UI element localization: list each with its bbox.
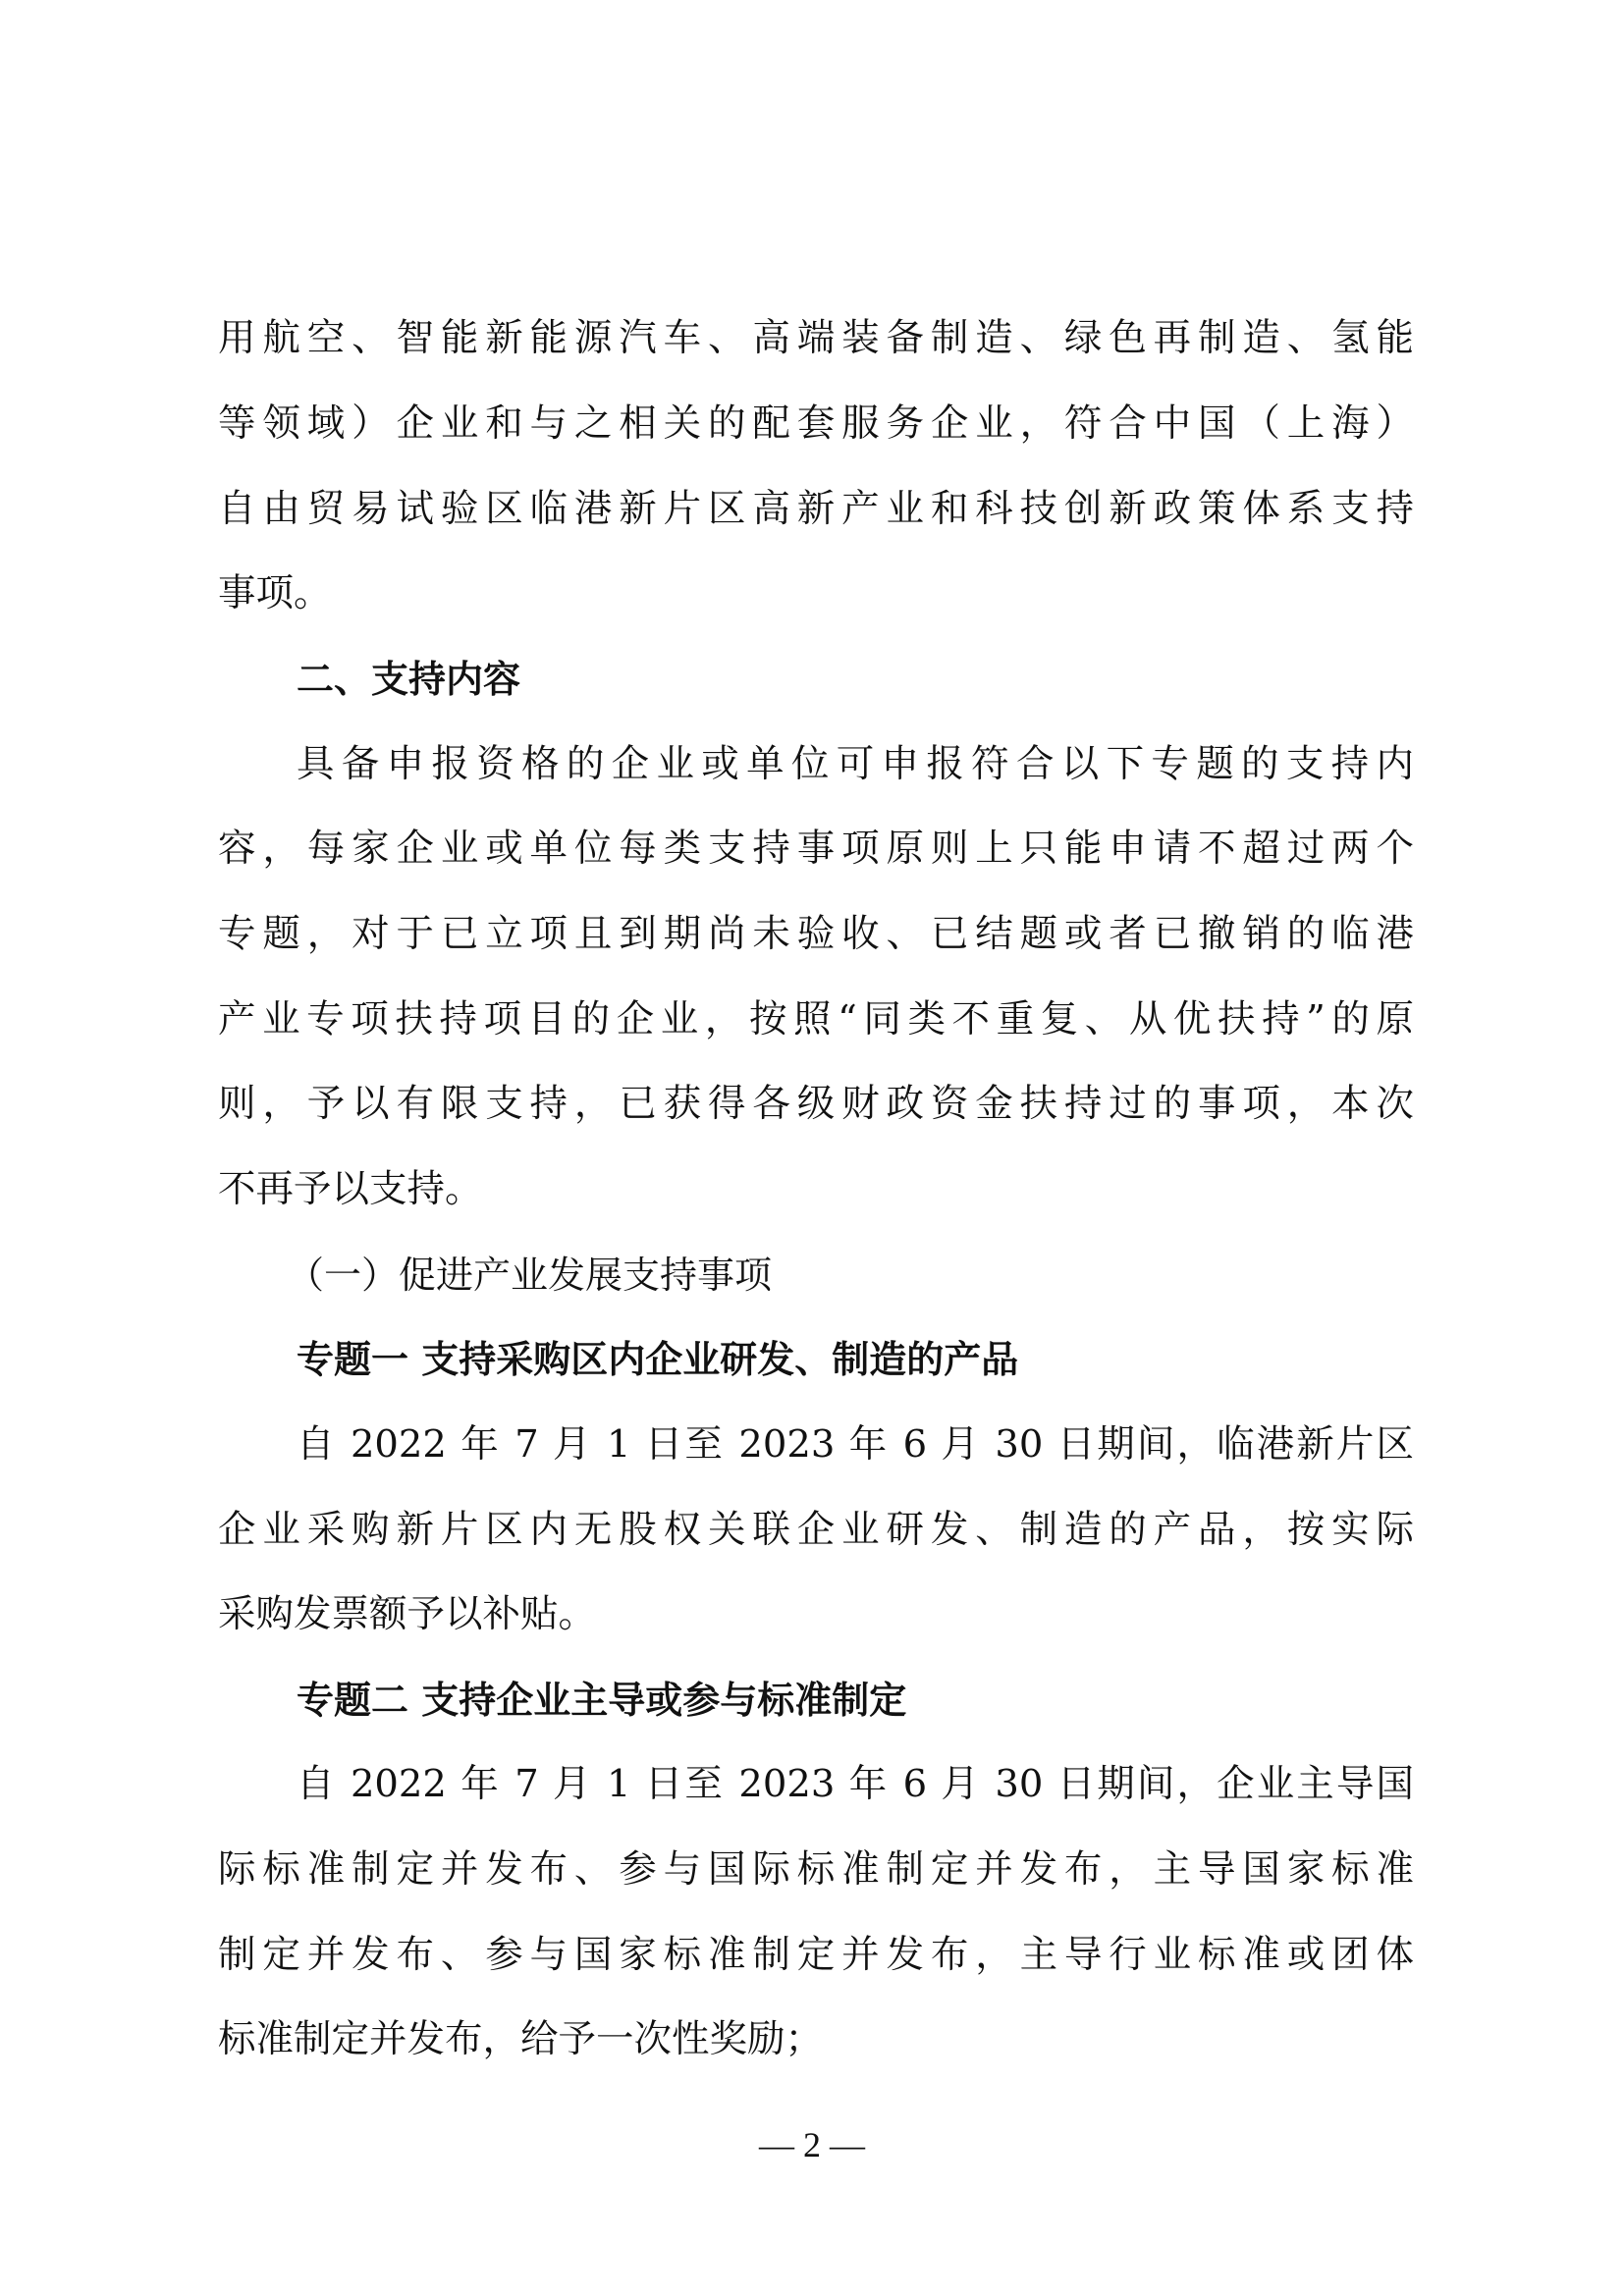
body-text-line: 等领域）企业和与之相关的配套服务企业，符合中国（上海）: [218, 395, 1414, 454]
document-page: 用航空、智能新能源汽车、高端装备制造、绿色再制造、氢能 等领域）企业和与之相关的…: [0, 0, 1624, 2296]
page-number: — 2 —: [0, 2120, 1624, 2169]
body-text-line: 标准制定并发布，给予一次性奖励；: [218, 2010, 1414, 2069]
section-heading: 二、支持内容: [297, 650, 520, 709]
body-text-line: 制定并发布、参与国家标准制定并发布，主导行业标准或团体: [218, 1926, 1414, 1985]
body-text-line: 自 2022 年 7 月 1 日至 2023 年 6 月 30 日期间，临港新片…: [297, 1415, 1414, 1474]
body-text-line: 用航空、智能新能源汽车、高端装备制造、绿色再制造、氢能: [218, 309, 1414, 368]
body-text-line: 具备申报资格的企业或单位可申报符合以下专题的支持内: [297, 735, 1414, 794]
topic-heading: 专题二 支持企业主导或参与标准制定: [297, 1671, 906, 1730]
body-text-line: 容，每家企业或单位每类支持事项原则上只能申请不超过两个: [218, 820, 1414, 879]
body-text-line: 不再予以支持。: [218, 1160, 1414, 1219]
subsection-heading: （一）促进产业发展支持事项: [287, 1246, 772, 1305]
body-text-line: 事项。: [218, 564, 1414, 623]
body-text-line: 自 2022 年 7 月 1 日至 2023 年 6 月 30 日期间，企业主导…: [297, 1755, 1414, 1814]
topic-heading: 专题一 支持采购区内企业研发、制造的产品: [297, 1330, 1018, 1389]
body-text-line: 产业专项扶持项目的企业，按照“同类不重复、从优扶持”的原: [218, 990, 1414, 1049]
body-text-line: 专题，对于已立项且到期尚未验收、已结题或者已撤销的临港: [218, 905, 1414, 964]
body-text-line: 自由贸易试验区临港新片区高新产业和科技创新政策体系支持: [218, 480, 1414, 539]
body-text-line: 际标准制定并发布、参与国际标准制定并发布，主导国家标准: [218, 1841, 1414, 1899]
body-text-line: 采购发票额予以补贴。: [218, 1585, 1414, 1644]
body-text-line: 企业采购新片区内无股权关联企业研发、制造的产品，按实际: [218, 1501, 1414, 1560]
body-text-line: 则，予以有限支持，已获得各级财政资金扶持过的事项，本次: [218, 1075, 1414, 1134]
